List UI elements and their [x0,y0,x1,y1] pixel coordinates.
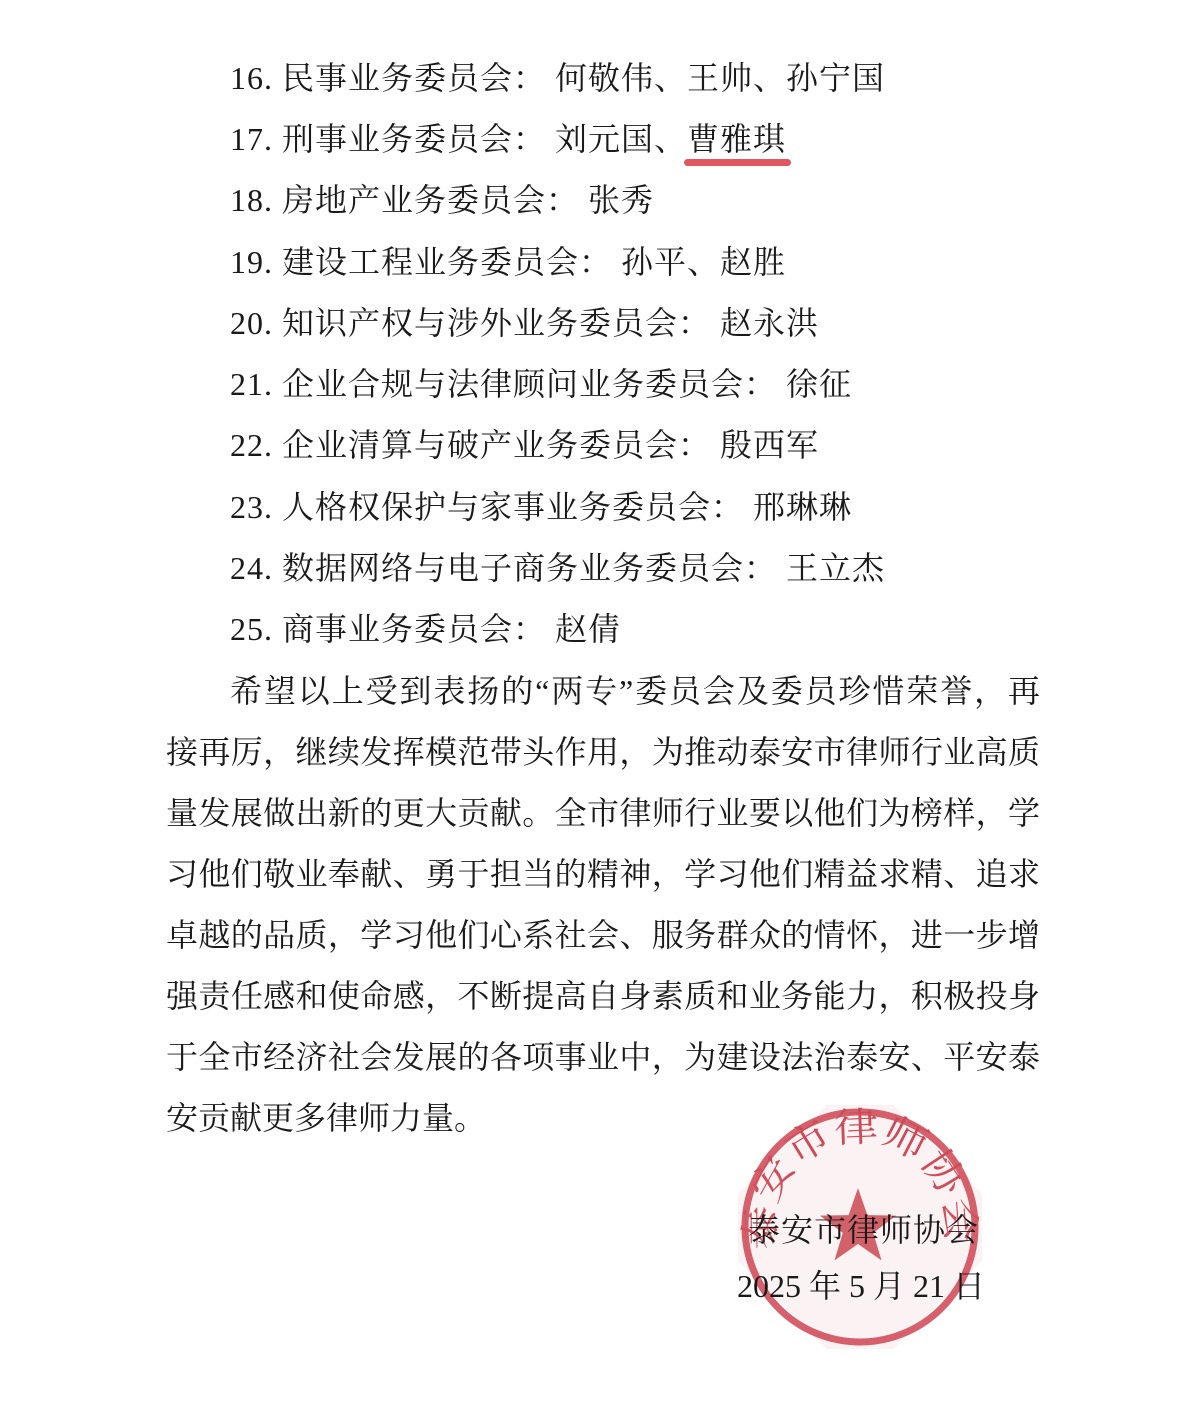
paragraph-line-1: 希望以上受到表扬的“两专”委员会及委员珍惜荣誉，再 [166,671,1040,711]
signature-date: 2025 年 5 月 21 日 [737,1266,985,1306]
paragraph-line-7: 于全市经济社会发展的各项事业中，为建设法治泰安、平安泰 [166,1037,1040,1077]
paragraph-line-2: 接再厉，继续发挥模范带头作用，为推动泰安市律师行业高质 [166,732,1040,772]
paragraph-line-6: 强责任感和使命感，不断提高自身素质和业务能力，积极投身 [166,976,1040,1016]
list-item-23: 23. 人格权保护与家事业务委员会： 邢琳琳 [230,487,852,527]
list-item-21: 21. 企业合规与法律顾问业务委员会： 徐征 [230,364,852,404]
list-item-24: 24. 数据网络与电子商务业务委员会： 王立杰 [230,548,885,588]
list-item-17-text: 17. 刑事业务委员会： 刘元国、 [230,121,687,157]
document-page: 16. 民事业务委员会： 何敬伟、王帅、孙宁国 17. 刑事业务委员会： 刘元国… [0,0,1200,1414]
list-item-17: 17. 刑事业务委员会： 刘元国、曹雅琪 [230,119,786,159]
list-item-16: 16. 民事业务委员会： 何敬伟、王帅、孙宁国 [230,58,885,98]
list-item-25: 25. 商事业务委员会： 赵倩 [230,609,621,649]
signature-org: 泰安市律师协会 [748,1210,979,1250]
list-item-20: 20. 知识产权与涉外业务委员会： 赵永洪 [230,303,819,343]
paragraph-line-8: 安贡献更多律师力量。 [166,1098,1040,1138]
list-item-18: 18. 房地产业务委员会： 张秀 [230,180,654,220]
underlined-name: 曹雅琪 [687,119,786,159]
paragraph-line-3: 量发展做出新的更大贡献。全市律师行业要以他们为榜样，学 [166,793,1040,833]
paragraph-line-5: 卓越的品质，学习他们心系社会、服务群众的情怀，进一步增 [166,915,1040,955]
list-item-19: 19. 建设工程业务委员会： 孙平、赵胜 [230,242,786,282]
list-item-22: 22. 企业清算与破产业务委员会： 殷西军 [230,425,819,465]
paragraph-line-4: 习他们敬业奉献、勇于担当的精神，学习他们精益求精、追求 [166,854,1040,894]
